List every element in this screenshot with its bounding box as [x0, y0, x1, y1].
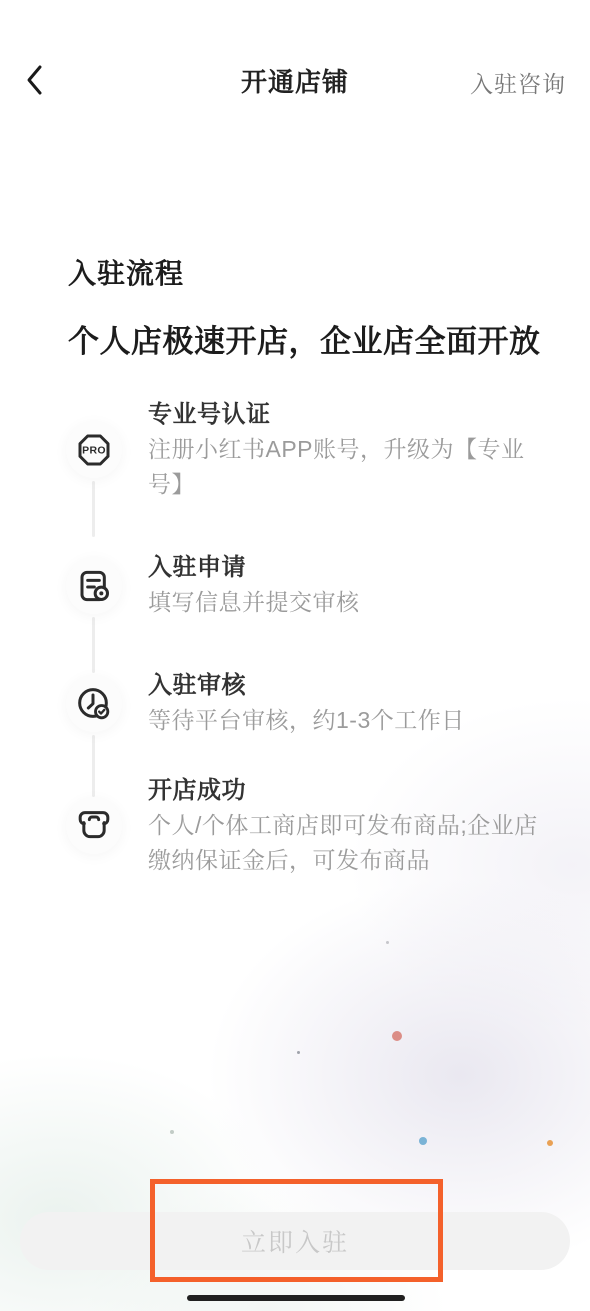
timeline-connector [92, 481, 95, 537]
step-text: 入驻申请 填写信息并提交审核 [148, 551, 540, 620]
decor-dot-gray [297, 1051, 300, 1054]
application-form-icon [66, 558, 122, 614]
decor-dot-blue [419, 1137, 427, 1145]
store-icon [66, 798, 122, 854]
step-description: 填写信息并提交审核 [148, 585, 540, 620]
timeline-connector [92, 617, 95, 673]
step-description: 等待平台审核，约1-3个工作日 [148, 703, 540, 738]
step-pro-verification: PRO 专业号认证 注册小红书APP账号，升级为【专业号】 [66, 398, 544, 502]
step-text: 专业号认证 注册小红书APP账号，升级为【专业号】 [148, 398, 540, 502]
timeline-connector [92, 735, 95, 797]
step-text: 入驻审核 等待平台审核，约1-3个工作日 [148, 669, 540, 738]
pro-badge-label: PRO [82, 445, 106, 457]
consult-link[interactable]: 入驻咨询 [470, 66, 566, 99]
step-review: 入驻审核 等待平台审核，约1-3个工作日 [66, 669, 544, 738]
decor-dot-gray [386, 941, 389, 944]
step-application: 入驻申请 填写信息并提交审核 [66, 551, 544, 620]
decor-dot-orange [547, 1140, 553, 1146]
open-store-page: 开通店铺 入驻咨询 入驻流程 个人店极速开店，企业店全面开放 PRO 专业号认证… [0, 0, 590, 1311]
onboarding-steps: PRO 专业号认证 注册小红书APP账号，升级为【专业号】 [66, 398, 544, 878]
step-title: 入驻审核 [148, 669, 540, 703]
step-title: 入驻申请 [148, 551, 540, 585]
decor-dot-salmon [392, 1031, 402, 1041]
home-indicator-bar[interactable] [187, 1295, 405, 1301]
step-title: 开店成功 [148, 774, 540, 808]
step-description: 注册小红书APP账号，升级为【专业号】 [148, 432, 540, 502]
step-text: 开店成功 个人/个体工商店即可发布商品;企业店缴纳保证金后，可发布商品 [148, 774, 540, 878]
pro-badge-icon: PRO [66, 422, 122, 478]
review-clock-icon [66, 676, 122, 732]
step-title: 专业号认证 [148, 398, 540, 432]
decor-dot-gray [170, 1130, 174, 1134]
step-store-opened: 开店成功 个人/个体工商店即可发布商品;企业店缴纳保证金后，可发布商品 [66, 774, 544, 878]
section-subheading: 个人店极速开店，企业店全面开放 [68, 316, 541, 361]
apply-now-button[interactable]: 立即入驻 [20, 1212, 570, 1270]
step-description: 个人/个体工商店即可发布商品;企业店缴纳保证金后，可发布商品 [148, 808, 540, 878]
nav-bar: 开通店铺 入驻咨询 [0, 58, 590, 102]
section-heading: 入驻流程 [68, 252, 184, 292]
